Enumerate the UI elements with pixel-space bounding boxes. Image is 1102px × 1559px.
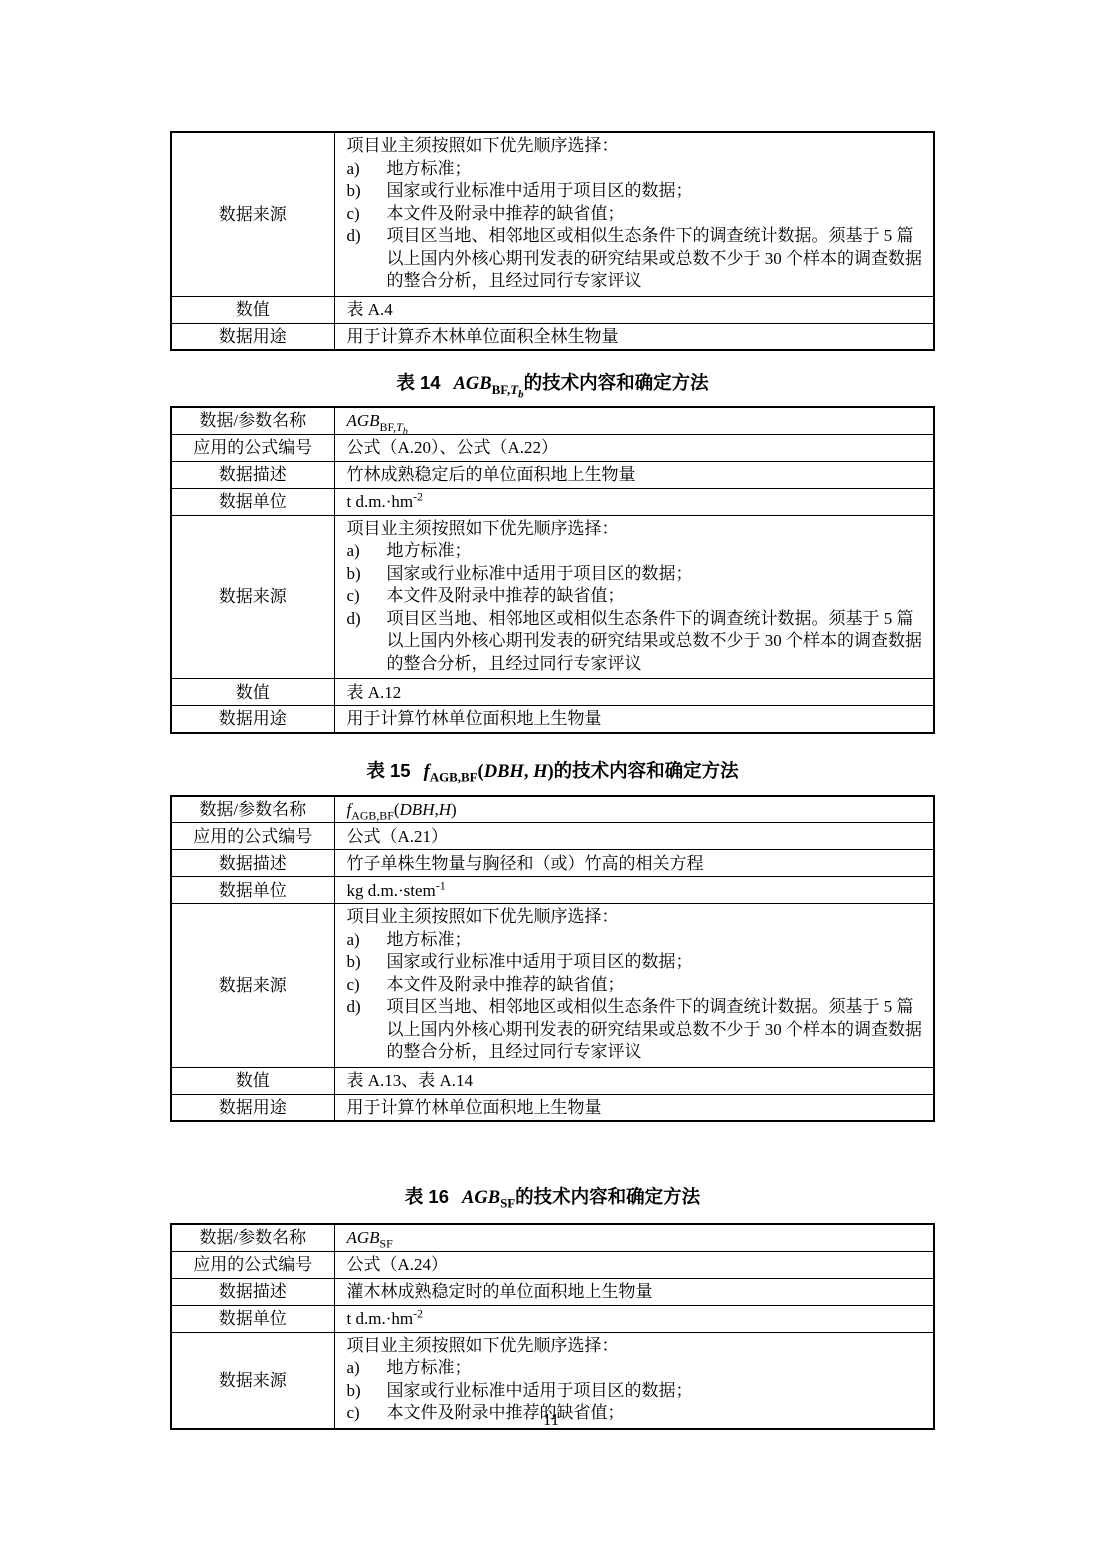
table15-caption-formula: fAGB,BF(DBH, H) <box>424 762 554 782</box>
table-row: 数据描述 灌木林成熟稳定时的单位面积地上生物量 <box>171 1278 934 1305</box>
table-row: 数据单位 t d.m.·hm-2 <box>171 488 934 515</box>
param-name-cell: AGBBF,Tb <box>334 407 934 434</box>
table-row: 数据来源 项目业主须按照如下优先顺序选择： a)地方标准； b)国家或行业标准中… <box>171 904 934 1068</box>
source-intro: 项目业主须按照如下优先顺序选择： <box>347 1335 924 1358</box>
description-cell: 灌木林成熟稳定时的单位面积地上生物量 <box>334 1278 934 1305</box>
usage-cell: 用于计算竹林单位面积地上生物量 <box>334 706 934 733</box>
row-label-unit: 数据单位 <box>171 877 334 904</box>
unit-cell: t d.m.·hm-2 <box>334 488 934 515</box>
source-item-d: d)项目区当地、相邻地区或相似生态条件下的调查统计数据。须基于 5 篇以上国内外… <box>347 996 924 1064</box>
source-item-b: b)国家或行业标准中适用于项目区的数据； <box>347 951 924 974</box>
row-label-source: 数据来源 <box>171 132 334 296</box>
table-row: 数值 表 A.12 <box>171 679 934 706</box>
data-source-cell: 项目业主须按照如下优先顺序选择： a)地方标准； b)国家或行业标准中适用于项目… <box>334 515 934 679</box>
row-label-source: 数据来源 <box>171 904 334 1068</box>
description-cell: 竹子单株生物量与胸径和（或）竹高的相关方程 <box>334 850 934 877</box>
value-cell: 表 A.13、表 A.14 <box>334 1067 934 1094</box>
table-row: 应用的公式编号 公式（A.24） <box>171 1251 934 1278</box>
row-label-value: 数值 <box>171 296 334 323</box>
source-item-a: a)地方标准； <box>347 1357 924 1380</box>
table-row: 数据单位 t d.m.·hm-2 <box>171 1305 934 1332</box>
table-15: 数据/参数名称 fAGB,BF(DBH,H) 应用的公式编号 公式（A.21） … <box>170 795 935 1123</box>
table15-caption-number: 表 15 <box>366 760 410 781</box>
table-row: 数据用途 用于计算乔木林单位面积全林生物量 <box>171 323 934 350</box>
table-row: 应用的公式编号 公式（A.20）、公式（A.22） <box>171 434 934 461</box>
table-16: 数据/参数名称 AGBSF 应用的公式编号 公式（A.24） 数据描述 灌木林成… <box>170 1223 935 1430</box>
source-item-a: a)地方标准； <box>347 158 924 181</box>
page-number: 11 <box>0 1410 1102 1430</box>
table-row: 数据来源 项目业主须按照如下优先顺序选择： a)地方标准； b)国家或行业标准中… <box>171 515 934 679</box>
row-label-unit: 数据单位 <box>171 1305 334 1332</box>
table-row: 数值 表 A.4 <box>171 296 934 323</box>
table14-caption-suffix: 的技术内容和确定方法 <box>524 372 709 393</box>
table16-caption-number: 表 16 <box>405 1186 449 1207</box>
unit-cell: kg d.m.·stem-1 <box>334 877 934 904</box>
table-row: 数据用途 用于计算竹林单位面积地上生物量 <box>171 706 934 733</box>
table15-caption: 表 15fAGB,BF(DBH, H)的技术内容和确定方法 <box>170 758 935 785</box>
table-row: 数据/参数名称 AGBSF <box>171 1224 934 1251</box>
formula-no-cell: 公式（A.24） <box>334 1251 934 1278</box>
row-label-value: 数值 <box>171 679 334 706</box>
row-label-unit: 数据单位 <box>171 488 334 515</box>
page-content: 数据来源 项目业主须按照如下优先顺序选择： a)地方标准； b)国家或行业标准中… <box>170 131 935 1430</box>
param-name-cell: AGBSF <box>334 1224 934 1251</box>
table-row: 数据/参数名称 AGBBF,Tb <box>171 407 934 434</box>
source-item-a: a)地方标准； <box>347 929 924 952</box>
unit-cell: t d.m.·hm-2 <box>334 1305 934 1332</box>
row-label-description: 数据描述 <box>171 850 334 877</box>
source-item-c: c)本文件及附录中推荐的缺省值； <box>347 203 924 226</box>
row-label-formula-no: 应用的公式编号 <box>171 823 334 850</box>
table-14: 数据/参数名称 AGBBF,Tb 应用的公式编号 公式（A.20）、公式（A.2… <box>170 406 935 734</box>
data-source-cell: 项目业主须按照如下优先顺序选择： a)地方标准； b)国家或行业标准中适用于项目… <box>334 904 934 1068</box>
table14-caption: 表 14AGBBF,Tb的技术内容和确定方法 <box>170 370 935 397</box>
param-name-cell: fAGB,BF(DBH,H) <box>334 796 934 823</box>
formula-no-cell: 公式（A.21） <box>334 823 934 850</box>
table-row: 数据/参数名称 fAGB,BF(DBH,H) <box>171 796 934 823</box>
source-item-b: b)国家或行业标准中适用于项目区的数据； <box>347 563 924 586</box>
table-continued: 数据来源 项目业主须按照如下优先顺序选择： a)地方标准； b)国家或行业标准中… <box>170 131 935 351</box>
row-label-usage: 数据用途 <box>171 706 334 733</box>
row-label-param-name: 数据/参数名称 <box>171 1224 334 1251</box>
source-intro: 项目业主须按照如下优先顺序选择： <box>347 906 924 929</box>
table15-caption-suffix: 的技术内容和确定方法 <box>554 760 739 781</box>
data-source-cell: 项目业主须按照如下优先顺序选择： a)地方标准； b)国家或行业标准中适用于项目… <box>334 132 934 296</box>
table16-caption-formula: AGBSF <box>462 1188 515 1208</box>
usage-cell: 用于计算乔木林单位面积全林生物量 <box>334 323 934 350</box>
source-item-d: d)项目区当地、相邻地区或相似生态条件下的调查统计数据。须基于 5 篇以上国内外… <box>347 608 924 676</box>
table-row: 应用的公式编号 公式（A.21） <box>171 823 934 850</box>
table16-caption: 表 16AGBSF的技术内容和确定方法 <box>170 1184 935 1211</box>
document-page: 数据来源 项目业主须按照如下优先顺序选择： a)地方标准； b)国家或行业标准中… <box>0 0 1102 1559</box>
source-intro: 项目业主须按照如下优先顺序选择： <box>347 135 924 158</box>
source-item-a: a)地方标准； <box>347 540 924 563</box>
row-label-usage: 数据用途 <box>171 323 334 350</box>
table14-caption-formula: AGBBF,Tb <box>454 374 524 394</box>
source-intro: 项目业主须按照如下优先顺序选择： <box>347 518 924 541</box>
row-label-param-name: 数据/参数名称 <box>171 407 334 434</box>
source-item-c: c)本文件及附录中推荐的缺省值； <box>347 585 924 608</box>
value-cell: 表 A.12 <box>334 679 934 706</box>
row-label-description: 数据描述 <box>171 461 334 488</box>
source-item-c: c)本文件及附录中推荐的缺省值； <box>347 974 924 997</box>
table14-caption-number: 表 14 <box>396 372 440 393</box>
row-label-formula-no: 应用的公式编号 <box>171 1251 334 1278</box>
row-label-formula-no: 应用的公式编号 <box>171 434 334 461</box>
row-label-description: 数据描述 <box>171 1278 334 1305</box>
table-row: 数据用途 用于计算竹林单位面积地上生物量 <box>171 1094 934 1121</box>
source-item-d: d)项目区当地、相邻地区或相似生态条件下的调查统计数据。须基于 5 篇以上国内外… <box>347 225 924 293</box>
usage-cell: 用于计算竹林单位面积地上生物量 <box>334 1094 934 1121</box>
formula-no-cell: 公式（A.20）、公式（A.22） <box>334 434 934 461</box>
table-row: 数据描述 竹林成熟稳定后的单位面积地上生物量 <box>171 461 934 488</box>
value-cell: 表 A.4 <box>334 296 934 323</box>
table-row: 数据描述 竹子单株生物量与胸径和（或）竹高的相关方程 <box>171 850 934 877</box>
table-row: 数据来源 项目业主须按照如下优先顺序选择： a)地方标准； b)国家或行业标准中… <box>171 132 934 296</box>
row-label-source: 数据来源 <box>171 515 334 679</box>
row-label-value: 数值 <box>171 1067 334 1094</box>
table-row: 数值 表 A.13、表 A.14 <box>171 1067 934 1094</box>
description-cell: 竹林成熟稳定后的单位面积地上生物量 <box>334 461 934 488</box>
row-label-param-name: 数据/参数名称 <box>171 796 334 823</box>
source-item-b: b)国家或行业标准中适用于项目区的数据； <box>347 180 924 203</box>
table-row: 数据单位 kg d.m.·stem-1 <box>171 877 934 904</box>
row-label-usage: 数据用途 <box>171 1094 334 1121</box>
source-item-b: b)国家或行业标准中适用于项目区的数据； <box>347 1380 924 1403</box>
table16-caption-suffix: 的技术内容和确定方法 <box>515 1186 700 1207</box>
